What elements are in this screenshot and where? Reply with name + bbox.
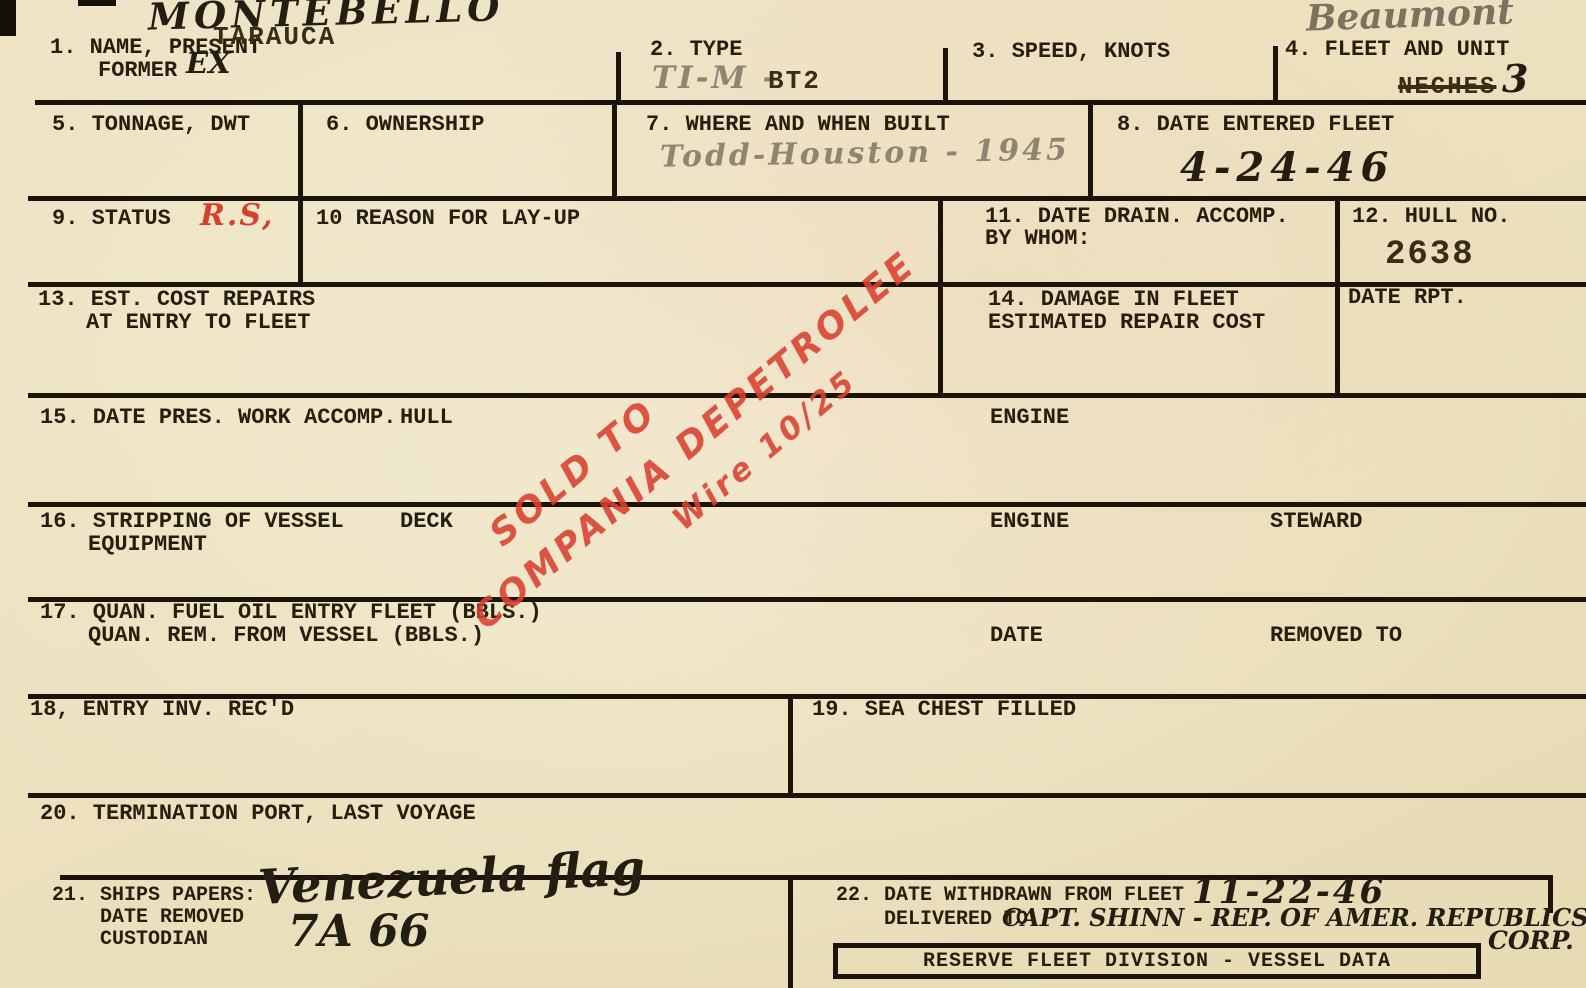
field9-label: 9. STATUS bbox=[52, 207, 171, 230]
rule-row8-bottom bbox=[28, 793, 1586, 798]
rule-div-11-12 bbox=[1335, 196, 1340, 395]
field16-label2: EQUIPMENT bbox=[88, 533, 207, 556]
stamped-former-name: TARAUCA bbox=[213, 22, 336, 52]
field15-engine-label: ENGINE bbox=[990, 406, 1069, 429]
field14-label: 14. DAMAGE IN FLEET bbox=[988, 288, 1239, 311]
rule-row1-bottom bbox=[35, 100, 1586, 105]
handwritten-unit-number: 3 bbox=[1502, 56, 1528, 101]
red-note-line2: COMPANIA DEPETROLEE bbox=[462, 197, 979, 643]
field20-label: 20. TERMINATION PORT, LAST VOYAGE bbox=[40, 802, 476, 825]
handwritten-venezuela-flag: Venezuela flag bbox=[257, 840, 647, 916]
field4-label: 4. FLEET AND UNIT bbox=[1285, 38, 1509, 61]
field18-label: 18, ENTRY INV. REC'D bbox=[30, 698, 294, 721]
handwritten-beaumont: Beaumont bbox=[1305, 0, 1514, 40]
field6-label: 6. OWNERSHIP bbox=[326, 113, 484, 136]
handwritten-corp: CORP. bbox=[1488, 926, 1574, 955]
reserve-fleet-division-box: RESERVE FLEET DIVISION - VESSEL DATA bbox=[833, 943, 1481, 979]
handwritten-date-entered: 4-24-46 bbox=[1180, 144, 1394, 191]
field17-removedto-label: REMOVED TO bbox=[1270, 624, 1402, 647]
handwritten-7a66: 7A 66 bbox=[288, 906, 429, 957]
rule-div-3-4 bbox=[1273, 46, 1278, 100]
rule-div-1-2 bbox=[616, 52, 621, 100]
rule-div-9-10 bbox=[298, 196, 303, 284]
scan-edge-blob bbox=[0, 0, 16, 36]
field19-label: 19. SEA CHEST FILLED bbox=[812, 698, 1076, 721]
stamped-type: BT2 bbox=[768, 66, 821, 96]
reserve-fleet-division-title: RESERVE FLEET DIVISION - VESSEL DATA bbox=[923, 950, 1391, 973]
field13-label2: AT ENTRY TO FLEET bbox=[86, 311, 310, 334]
rule-div-7-8 bbox=[1088, 100, 1093, 198]
field2-label: 2. TYPE bbox=[650, 38, 742, 61]
field1-former-label: FORMER bbox=[98, 59, 177, 82]
rule-div-21-22 bbox=[788, 875, 793, 988]
field7-label: 7. WHERE AND WHEN BUILT bbox=[646, 113, 950, 136]
field16-engine-label: ENGINE bbox=[990, 510, 1069, 533]
field16-deck-label: DECK bbox=[400, 510, 453, 533]
field15-label: 15. DATE PRES. WORK ACCOMP. bbox=[40, 406, 396, 429]
field10-label: 10 REASON FOR LAY-UP bbox=[316, 207, 580, 230]
field8-label: 8. DATE ENTERED FLEET bbox=[1117, 113, 1394, 136]
field13-label: 13. EST. COST REPAIRS bbox=[38, 288, 315, 311]
field15-hull-label: HULL bbox=[400, 406, 453, 429]
vessel-data-card: MONTEBELLO 1. NAME, PRESENT TARAUCA FORM… bbox=[0, 0, 1586, 988]
field14-label2: ESTIMATED REPAIR COST bbox=[988, 311, 1265, 334]
rule-div-18-19 bbox=[788, 694, 793, 795]
field11-bywhom-label: BY WHOM: bbox=[985, 227, 1091, 250]
handwritten-built: Todd-Houston - 1945 bbox=[660, 132, 1070, 174]
field5-label: 5. TONNAGE, DWT bbox=[52, 113, 250, 136]
field16-label: 16. STRIPPING OF VESSEL bbox=[40, 510, 344, 533]
field17-date-label: DATE bbox=[990, 624, 1043, 647]
scan-edge-blob bbox=[78, 0, 116, 6]
rule-div-5-6 bbox=[298, 100, 303, 198]
date-rpt-label: DATE RPT. bbox=[1348, 286, 1467, 309]
rule-div-6-7 bbox=[612, 100, 617, 198]
field11-label: 11. DATE DRAIN. ACCOMP. bbox=[985, 205, 1289, 228]
handwritten-type: TI-M - bbox=[652, 60, 778, 96]
handwritten-ex: EX bbox=[186, 46, 231, 80]
stamped-neches-struck: NECHES bbox=[1398, 74, 1496, 101]
field12-label: 12. HULL NO. bbox=[1352, 205, 1510, 228]
rule-row5-bottom bbox=[28, 502, 1586, 507]
field16-steward-label: STEWARD bbox=[1270, 510, 1362, 533]
handwritten-status: R.S, bbox=[200, 198, 274, 233]
field21-label: 21. SHIPS PAPERS: bbox=[52, 884, 256, 907]
red-sold-annotation: SOLD TO COMPANIA DEPETROLEE Wire 10/25 bbox=[428, 156, 1013, 683]
stamped-hull-number: 2638 bbox=[1385, 236, 1475, 274]
field3-label: 3. SPEED, KNOTS bbox=[972, 40, 1170, 63]
field21-dateremoved-label: DATE REMOVED bbox=[100, 906, 244, 929]
field21-custodian-label: CUSTODIAN bbox=[100, 928, 208, 951]
field17-label2: QUAN. REM. FROM VESSEL (BBLS.) bbox=[88, 624, 484, 647]
rule-div-2-3 bbox=[943, 48, 948, 100]
